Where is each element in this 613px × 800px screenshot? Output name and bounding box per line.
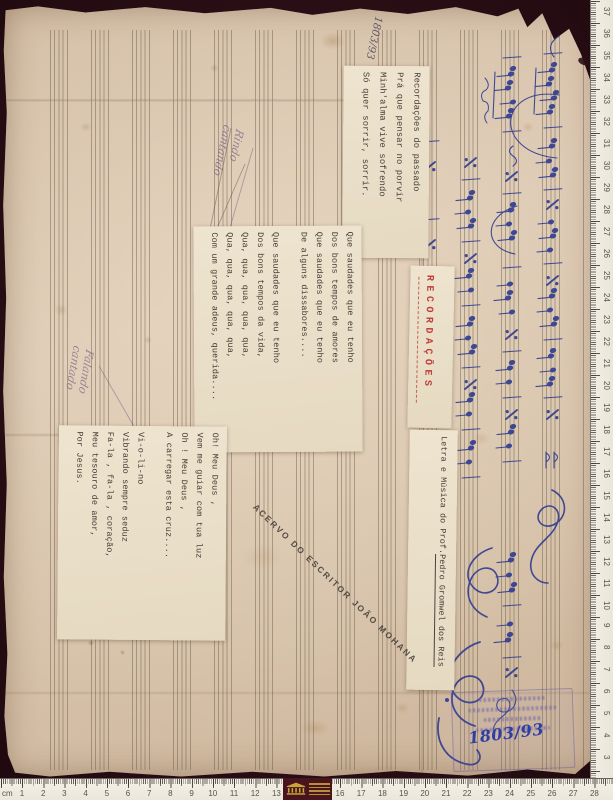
ruler-number: 29	[602, 183, 611, 192]
lyric-line: Recordações do passado	[406, 72, 424, 252]
typed-slip-verse2: Oh! Meu Deus , Vem me guiar com tua luz …	[57, 425, 227, 640]
lyric-line: Meu tesouro de amor,	[85, 432, 102, 634]
library-building-icon	[285, 781, 307, 797]
ruler-number: 2	[36, 789, 50, 798]
lyric-line: Que saudades que eu tenho	[267, 232, 283, 446]
ruler-number: 26	[545, 789, 559, 798]
ruler-number: 23	[602, 315, 611, 324]
lyric-line: Vi-o-li-no	[131, 432, 148, 634]
ruler-number: 22	[602, 337, 611, 346]
ruler-number: 33	[602, 95, 611, 104]
ruler-number: 9	[602, 623, 611, 627]
typed-slip-credit: Letra e Música do Prof.Pedro Gromwel dos…	[406, 430, 458, 691]
lyric-line: Prá que pensar no porvir	[389, 72, 407, 252]
credit-author-underlined: Pedro Gromwel dos Reis	[434, 554, 447, 667]
ruler-number: 28	[587, 789, 601, 798]
ruler-number: 7	[142, 789, 156, 798]
song-title: RECORDAÇÕES	[421, 275, 434, 391]
ruler-number: 6	[602, 689, 611, 693]
ruler-number: 13	[602, 535, 611, 544]
ruler-number: 5	[602, 711, 611, 715]
lyric-line: Fa-la , fa-la , coração,	[100, 432, 117, 634]
ruler-number: 36	[602, 29, 611, 38]
title-underline	[416, 277, 420, 403]
ruler-number: 27	[602, 227, 611, 236]
ruler-number: 3	[602, 755, 611, 759]
stanza: Que saudades que eu tenho Dos bons tempo…	[295, 232, 357, 446]
ruler-number: 18	[375, 789, 389, 798]
ruler-number: 16	[333, 789, 347, 798]
lyric-line: Dos bons tempos de amores	[326, 232, 342, 446]
lyric-line: A carregar esta cruz....	[159, 432, 176, 634]
ruler-number: 4	[602, 733, 611, 737]
lyric-line: Vem me guiar com tua luz	[190, 432, 207, 634]
lyric-line: Oh! Meu Deus ,	[205, 433, 222, 635]
ruler-number: 4	[79, 789, 93, 798]
ruler-unit-label: cm	[2, 789, 13, 798]
ruler-number: 19	[397, 789, 411, 798]
lyric-line: Vibrando sempre seduz	[115, 432, 132, 634]
ruler-number: 7	[602, 667, 611, 671]
ruler-number: 34	[602, 73, 611, 82]
ruler-number: 19	[602, 403, 611, 412]
ruler-number: 37	[602, 7, 611, 16]
logo-text-lines	[309, 783, 330, 795]
ruler-number: 8	[602, 645, 611, 649]
ruler-number: 24	[503, 789, 517, 798]
stamp-smudge-line	[479, 696, 545, 702]
library-logo	[283, 778, 332, 800]
ruler-number: 25	[524, 789, 538, 798]
scanned-manuscript-page: Recordações do passado Prá que pensar no…	[0, 0, 613, 800]
ruler-number: 17	[354, 789, 368, 798]
ruler-number: 13	[269, 789, 283, 798]
ruler-number: 35	[602, 51, 611, 60]
ruler-number: 23	[481, 789, 495, 798]
lyric-line: Que saudades que eu tenho	[311, 232, 327, 446]
ruler-number: 22	[460, 789, 474, 798]
lyric-line: Dos bons tempos da vida,	[252, 232, 268, 446]
ruler-number: 26	[602, 249, 611, 258]
ruler-number: 12	[602, 557, 611, 566]
ruler-number: 8	[163, 789, 177, 798]
ruler-number: 16	[602, 469, 611, 478]
ruler-number: 20	[602, 381, 611, 390]
credit-prefix: Letra e Música do Prof.	[437, 436, 448, 554]
ruler-number: 12	[248, 789, 262, 798]
ruler-number: 6	[121, 789, 135, 798]
ruler-number: 18	[602, 425, 611, 434]
ruler-number: 11	[602, 579, 611, 587]
ruler-number: 21	[602, 359, 611, 368]
lyric-line: Oh ! Meu Deus ,	[174, 432, 191, 634]
typed-slip-verse1: Que saudades que eu tenho Dos bons tempo…	[193, 226, 362, 453]
ruler-number: 17	[602, 447, 611, 456]
credit-line: Letra e Música do Prof.Pedro Gromwel dos…	[429, 436, 452, 684]
lyric-line: Por Jesus.	[69, 431, 86, 633]
lyric-line: Qua, qua, qua, qua, qua,	[221, 232, 237, 446]
ruler-number: 15	[602, 491, 611, 500]
lyric-line: De alguns dissabores....	[295, 232, 311, 446]
lyric-line: Que saudades que eu tenho	[341, 232, 357, 446]
lyric-line: Com um grande adeus, querida....	[206, 232, 222, 446]
ruler-number: 30	[602, 161, 611, 170]
ruler-number: 32	[602, 117, 611, 126]
typed-slip-title: RECORDAÇÕES	[407, 266, 454, 429]
ruler-number: 5	[100, 789, 114, 798]
ruler-number: 24	[602, 293, 611, 302]
ruler-number: 21	[439, 789, 453, 798]
ruler-number: 11	[227, 789, 241, 798]
lyric-line: Qua, qua, qua, qua, qua,	[236, 232, 252, 446]
right-ruler: 3736353433323130292827262524232221201918…	[590, 0, 613, 778]
ruler-number: 25	[602, 271, 611, 280]
stanza: Oh! Meu Deus , Vem me guiar com tua luz …	[159, 432, 222, 635]
stanza: Vi-o-li-no Vibrando sempre seduz Fa-la ,…	[69, 431, 147, 634]
ruler-number: 10	[602, 601, 611, 610]
ruler-number: 28	[602, 205, 611, 214]
stamp-smudge-line	[468, 705, 556, 712]
ruler-number: 20	[418, 789, 432, 798]
lyric-line: Minh'alma vive sofrendo	[372, 72, 390, 252]
stanza: Que saudades que eu tenho Dos bons tempo…	[206, 232, 284, 446]
ruler-number: 1	[15, 789, 29, 798]
ruler-number: 27	[566, 789, 580, 798]
ruler-number: 31	[602, 139, 611, 148]
ruler-number: 9	[185, 789, 199, 798]
ruler-number: 3	[57, 789, 71, 798]
ruler-number: 10	[206, 789, 220, 798]
ruler-number: 14	[602, 513, 611, 522]
